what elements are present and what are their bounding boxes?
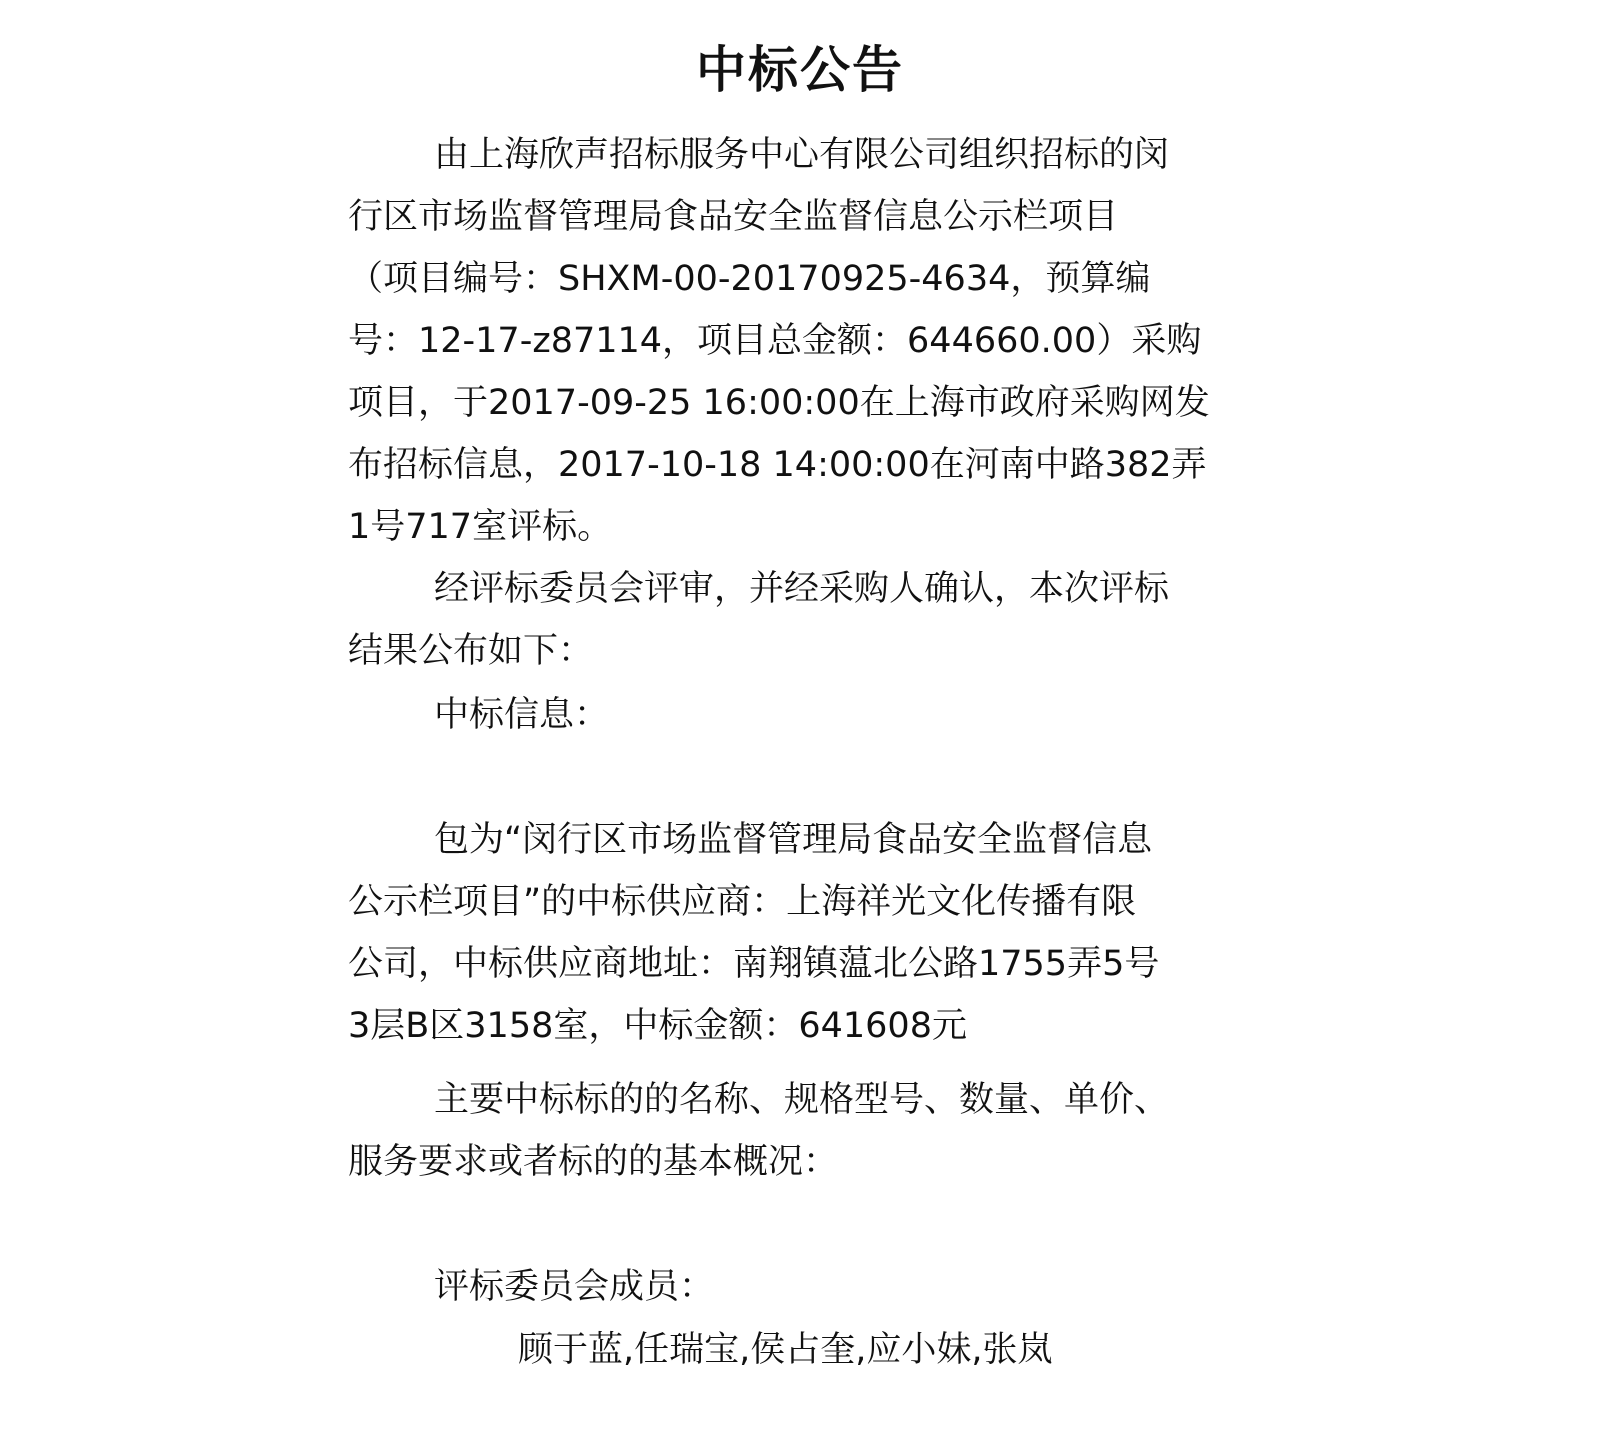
text-line: 结果公布如下： [348, 631, 593, 671]
announcement-title: 中标公告 [0, 30, 1600, 102]
text-line: 3层B区3158室，中标金额：641608元 [348, 1006, 967, 1046]
text-line: 包为“闵行区市场监督管理局食品安全监督信息 [434, 820, 1152, 860]
text-line: 由上海欣声招标服务中心有限公司组织招标的闵 [434, 135, 1169, 175]
text-line: 公司，中标供应商地址：南翔镇蕰北公路1755弄5号 [348, 944, 1159, 984]
text-line: 项目，于2017-09-25 16:00:00在上海市政府采购网发 [348, 383, 1210, 423]
award-info-label: 中标信息： [434, 695, 609, 735]
text-line: 公示栏项目”的中标供应商：上海祥光文化传播有限 [348, 882, 1136, 922]
text-line: 1号717室评标。 [348, 507, 612, 547]
text-line: 号：12-17-z87114，项目总金额：644660.00）采购 [348, 321, 1201, 361]
committee-members: 顾于蓝,任瑞宝,侯占奎,应小妹,张岚 [518, 1330, 1053, 1370]
text-line: 行区市场监督管理局食品安全监督信息公示栏项目 [348, 197, 1118, 237]
text-line: （项目编号：SHXM-00-20170925-4634，预算编 [348, 259, 1150, 299]
text-line: 主要中标标的的名称、规格型号、数量、单价、 [434, 1080, 1169, 1120]
text-line: 经评标委员会评审，并经采购人确认，本次评标 [434, 569, 1169, 609]
text-line: 服务要求或者标的的基本概况： [348, 1142, 838, 1182]
committee-label: 评标委员会成员： [434, 1267, 714, 1307]
text-line: 布招标信息，2017-10-18 14:00:00在河南中路382弄 [348, 445, 1207, 485]
